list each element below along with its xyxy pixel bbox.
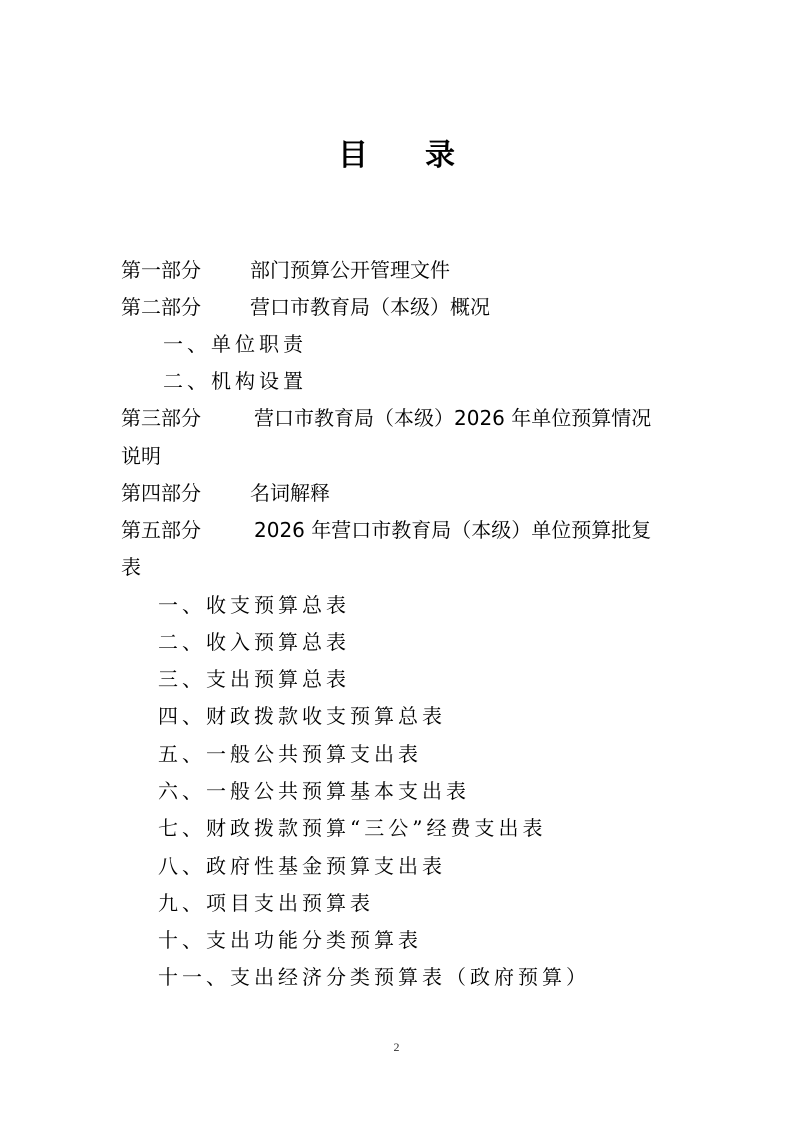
part-label: 第三部分 <box>121 405 201 431</box>
toc-title: 目 录 <box>0 136 793 176</box>
document-page: 目 录 第一部分 部门预算公开管理文件 第二部分 营口市教育局（本级）概况 一、… <box>0 0 793 1122</box>
part-title: 营口市教育局（本级）概况 <box>250 294 490 320</box>
page-number: 2 <box>0 1040 793 1055</box>
part-label: 第五部分 <box>121 517 201 543</box>
part-title: 名词解释 <box>250 480 330 506</box>
part-title: 2026 年营口市教育局（本级）单位预算批复 <box>254 517 651 543</box>
part-label: 第四部分 <box>121 480 201 506</box>
part-label: 第一部分 <box>121 257 201 283</box>
part-label: 第二部分 <box>121 294 201 320</box>
toc-title-char-2: 录 <box>425 136 455 176</box>
part-title: 部门预算公开管理文件 <box>250 257 450 283</box>
part-title: 营口市教育局（本级）2026 年单位预算情况 <box>254 405 651 431</box>
toc-title-char-1: 目 <box>338 136 368 176</box>
